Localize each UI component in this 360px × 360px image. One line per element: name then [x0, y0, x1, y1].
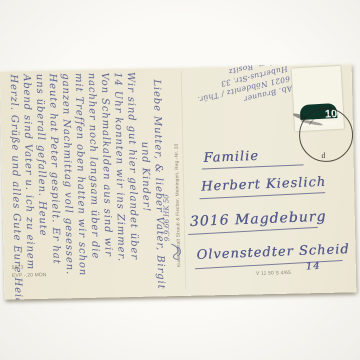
address-house-number: 14 — [306, 261, 321, 273]
postmark-letter: d — [321, 151, 325, 160]
postmark-ring: d — [298, 107, 353, 162]
message-block: Liebe Mutter, & lieber Vater, Birgit und… — [5, 71, 168, 296]
sender-address-block: Ab. Brauner 6021 Nöbdenitz / Thür. Huber… — [175, 63, 293, 118]
photo-background: Liebe Mutter, & lieber Vater, Birgit und… — [0, 0, 360, 360]
print-code: V 11 50 S 4/65 — [256, 270, 291, 276]
address-street: Olvenstedter Scheid — [196, 242, 350, 263]
handwritten-date-note: 9.9.66 HK 50 — [162, 167, 172, 241]
order-number: 5973 — [12, 264, 24, 270]
flourish-doodle-icon — [168, 242, 184, 262]
address-recipient-name: Herbert Kieslich — [201, 175, 327, 195]
postcard: Liebe Mutter, & lieber Vater, Birgit und… — [0, 63, 356, 299]
price-code: EVP -,20 MDN — [12, 272, 47, 278]
address-recipient-title: Familie — [203, 149, 259, 166]
publisher-imprint: Kunstanstalt Straub & Fischer, Meiningen… — [172, 78, 182, 267]
